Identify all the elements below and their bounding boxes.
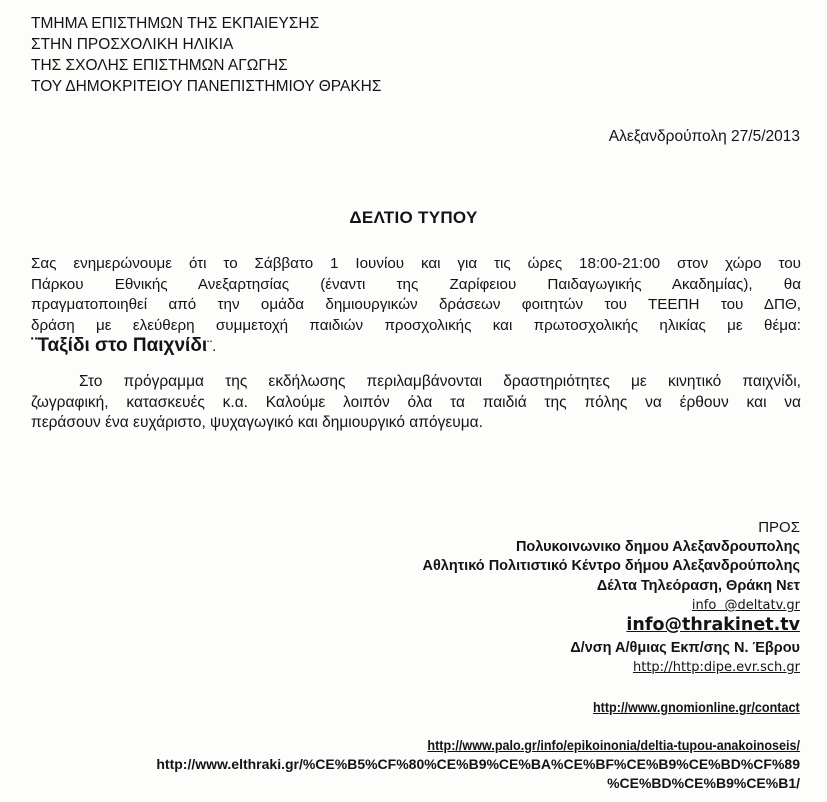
recipient-item: Δέλτα Τηλεόραση, Θράκη Νετ (597, 578, 800, 594)
topic-title: Ταξίδι στο Παιχνίδι (37, 335, 207, 356)
topic-close-quote: ¨. (207, 338, 216, 355)
palo-url-link[interactable]: http://www.palo.gr/info/epikoinonia/delt… (427, 737, 800, 753)
thrakinet-email-link[interactable]: info@thrakinet.tv (626, 615, 800, 635)
recipient-item: Αθλητικό Πολιτιστικό Κέντρο δήμου Αλεξαν… (422, 558, 800, 574)
place-date: Αλεξανδρούπολη 27/5/2013 (609, 128, 800, 146)
paragraph-program: Στο πρόγραμμα της εκδήλωσης περιλαμβάνον… (31, 372, 801, 434)
paragraph-line: περάσουν ένα ευχάριστο, ψυχαγωγικό και δ… (31, 413, 801, 434)
recipient-item: Δ/νση Α/θμιας Εκπ/σης Ν. Έβρου (570, 640, 800, 656)
elthraki-url-line-2[interactable]: %CE%BD%CE%B9%CE%B1/ (607, 775, 800, 791)
education-url-link[interactable]: http://http:dipe.evr.sch.gr (633, 660, 800, 675)
header-line-4: ΤΟΥ ΔΗΜΟΚΡΙΤΕΙΟΥ ΠΑΝΕΠΙΣΤΗΜΙΟΥ ΘΡΑΚΗΣ (31, 77, 381, 97)
delta-email-link[interactable]: info @deltatv.gr (692, 598, 800, 613)
paragraph-line: ζωγραφική, κατασκευές κ.α. Καλούμε λοιπό… (31, 393, 801, 414)
paragraph-line: Στο πρόγραμμα της εκδήλωσης περιλαμβάνον… (31, 372, 801, 393)
paragraph-line: Σας ενημερώνουμε ότι το Σάββατο 1 Ιουνίο… (31, 254, 801, 275)
header-line-2: ΣΤΗΝ ΠΡΟΣΧΟΛΙΚΗ ΗΛΙΚΙΑ (31, 35, 233, 55)
document-title: ΔΕΛΤΙΟ ΤΥΠΟΥ (0, 208, 827, 228)
gnomionline-url-link[interactable]: http://www.gnomionline.gr/contact (593, 699, 800, 715)
event-topic: ¨Ταξίδι στο Παιχνίδι¨. (31, 336, 801, 358)
paragraph-line: δράση με ελεύθερη συμμετοχή παιδιών προσ… (31, 316, 801, 337)
elthraki-url-line-1[interactable]: http://www.elthraki.gr/%CE%B5%CF%80%CE%B… (156, 756, 800, 772)
header-line-1: ΤΜΗΜΑ ΕΠΙΣΤΗΜΩΝ ΤΗΣ ΕΚΠΑΙΕΥΣΗΣ (31, 14, 319, 34)
header-line-3: ΤΗΣ ΣΧΟΛΗΣ ΕΠΙΣΤΗΜΩΝ ΑΓΩΓΗΣ (31, 56, 288, 76)
paragraph-announcement: Σας ενημερώνουμε ότι το Σάββατο 1 Ιουνίο… (31, 254, 801, 358)
paragraph-line: Πάρκου Εθνικής Ανεξαρτησίας (έναντι της … (31, 275, 801, 296)
recipients-heading: ΠΡΟΣ (758, 519, 800, 536)
paragraph-line: πραγματοποιηθεί από την ομάδα δημιουργικ… (31, 295, 801, 316)
recipient-item: Πολυκοινωνικο δημου Αλεξανδρουπολης (516, 539, 800, 555)
